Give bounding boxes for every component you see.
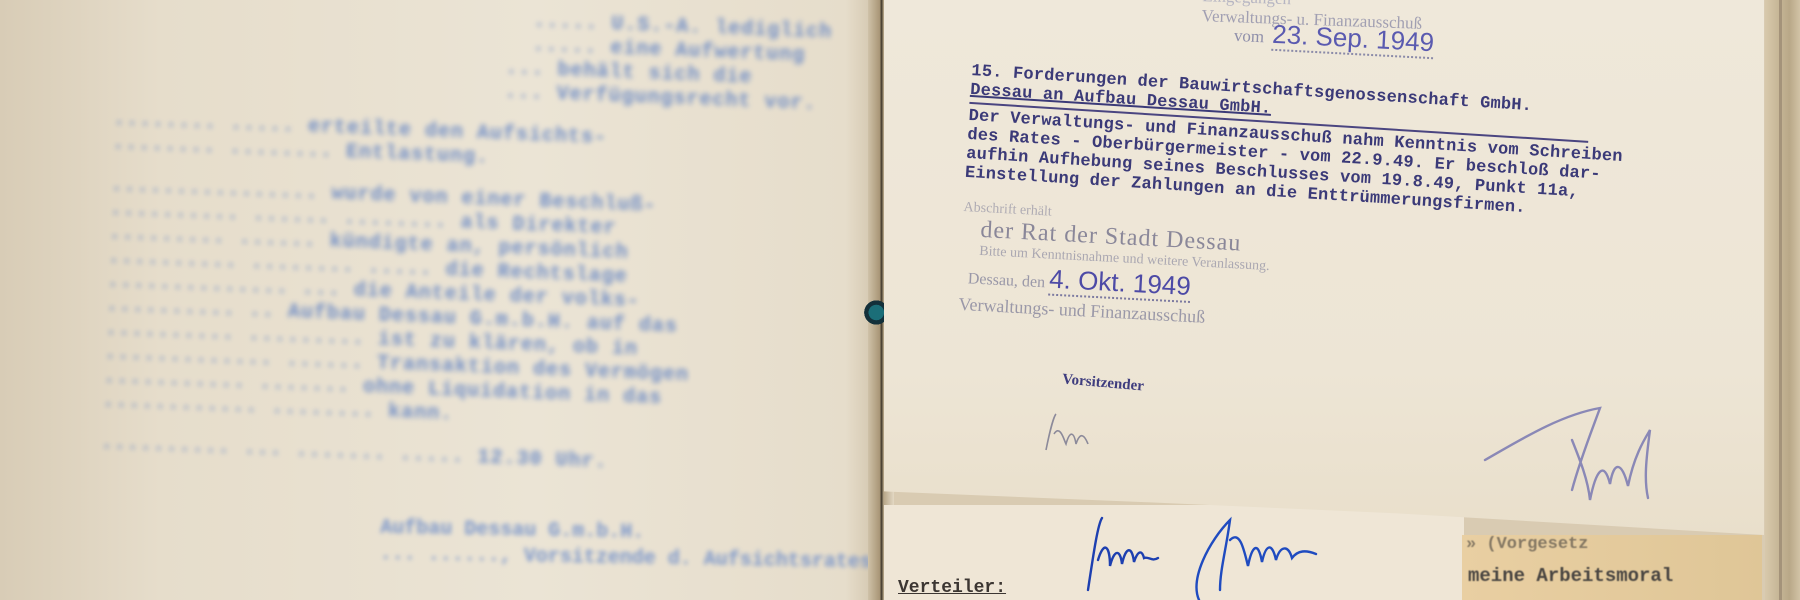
place-prefix: Dessau, den <box>967 270 1045 291</box>
left-page-closing: Aufbau Dessau G.m.b.H. ... ......, Vorsi… <box>380 516 873 577</box>
secretary-signature-icon <box>1480 400 1680 510</box>
copy-receipt-stamp: Abschrift erhält der Rat der Stadt Dessa… <box>958 200 1483 342</box>
document-photo: ..... U.S.-A. lediglich ..... eine Aufwe… <box>0 0 1800 600</box>
right-sheet-line1: » (Vorgesetz <box>1466 535 1588 554</box>
chair-label: Vorsitzender <box>1061 371 1144 395</box>
stacked-page-edges <box>1765 0 1800 600</box>
left-page-text: ..... U.S.-A. lediglich ..... eine Aufwe… <box>100 0 877 485</box>
distribution-label: Verteiler: <box>898 578 1006 598</box>
lower-right-sheet: » (Vorgesetz meine Arbeitsmoral <box>1462 535 1762 600</box>
received-date-prefix: vom <box>1233 26 1264 47</box>
blue-ink-signatures-icon <box>1080 510 1380 600</box>
left-page: ..... U.S.-A. lediglich ..... eine Aufwe… <box>0 0 890 600</box>
closing-company: Aufbau Dessau G.m.b.H. <box>380 517 644 545</box>
chair-signature-icon <box>1040 410 1100 455</box>
right-sheet-line2: meine Arbeitsmoral <box>1468 565 1673 587</box>
closing-chair: ... ......, Vorsitzende d. Aufsichtsrate… <box>380 543 872 575</box>
